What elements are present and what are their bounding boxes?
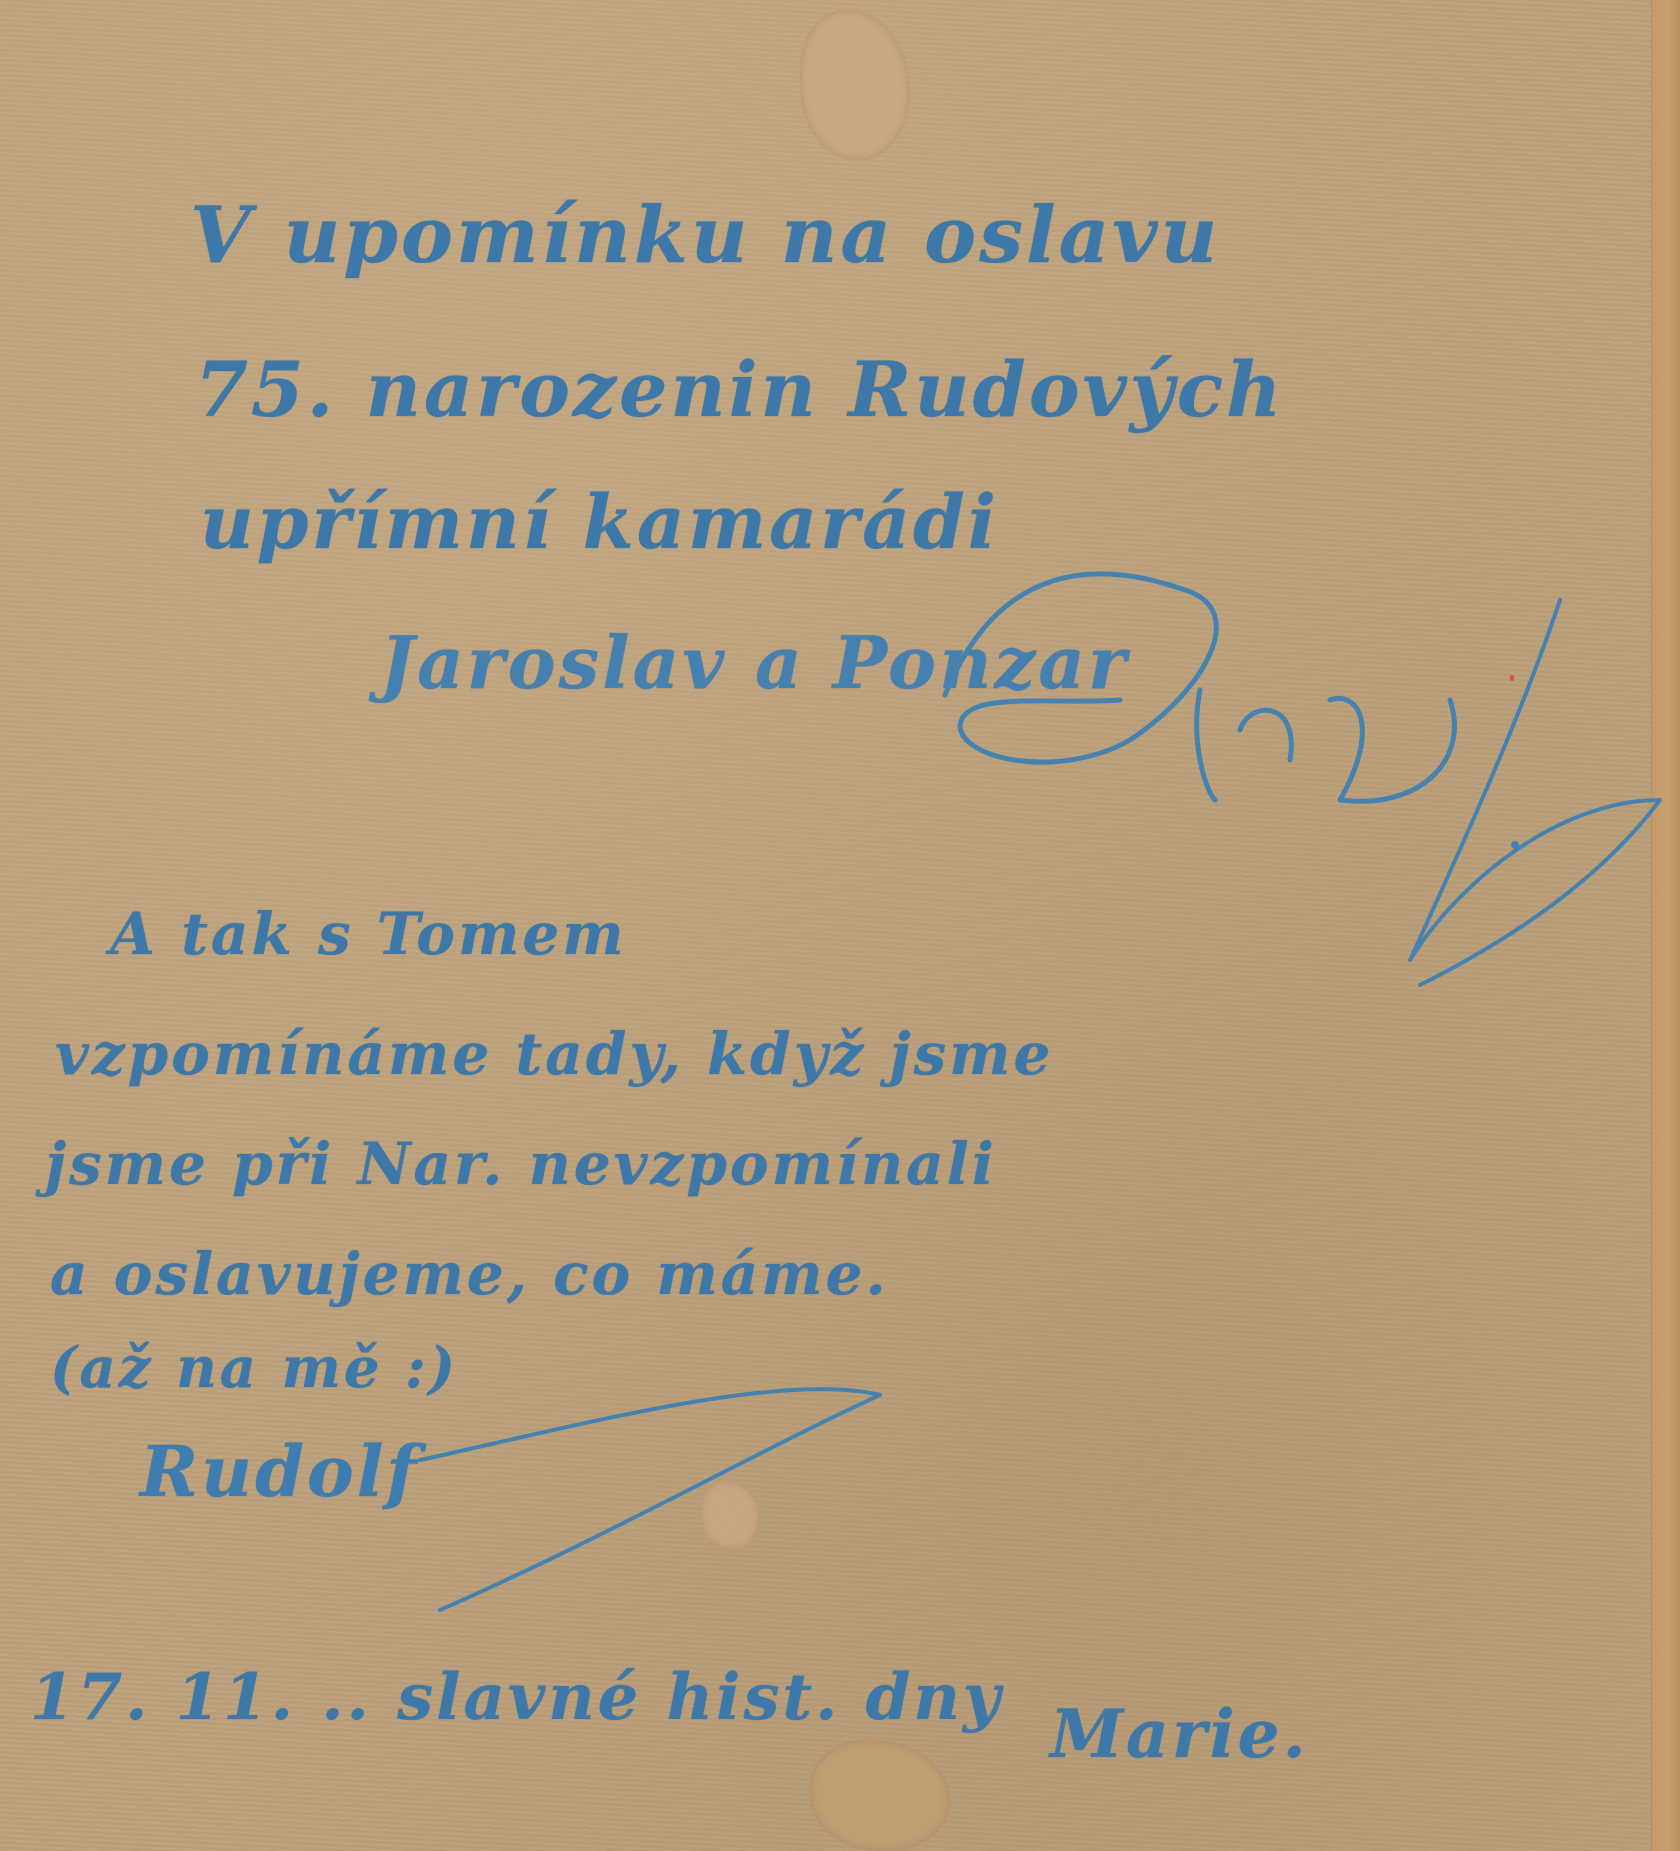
signature-underline-icon [0,0,1680,1851]
footer-signature: Marie. [1050,1695,1309,1773]
footer-date-line: 17. 11. .. slavné hist. dny [30,1660,1003,1735]
